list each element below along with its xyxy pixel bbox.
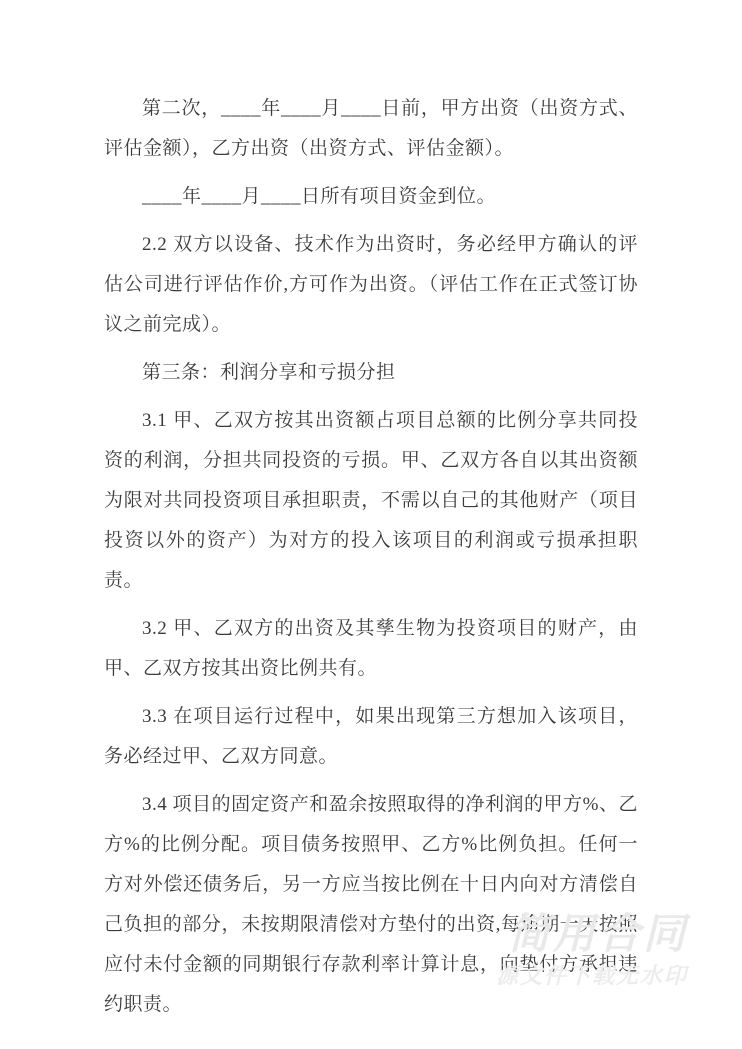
paragraph-second-installment: 第二次，____年____月____日前，甲方出资（出资方式、评估金额），乙方出… [104,89,638,169]
clause-3-3: 3.3 在项目运行过程中，如果出现第三方想加入该项目，务必经过甲、乙双方同意。 [104,697,638,777]
contract-document-page: 第二次，____年____月____日前，甲方出资（出资方式、评估金额），乙方出… [0,0,742,1049]
clause-2-2: 2.2 双方以设备、技术作为出资时，务必经甲方确认的评估公司进行评估作价,方可作… [104,225,638,345]
clause-3-4: 3.4 项目的固定资产和盈余按照取得的净利润的甲方%、乙方%的比例分配。项目债务… [104,785,638,1025]
clause-3-heading: 第三条：利润分享和亏损分担 [104,353,638,393]
paragraph-funds-in-place: ____年____月____日所有项目资金到位。 [104,177,638,217]
clause-3-2: 3.2 甲、乙双方的出资及其孳生物为投资项目的财产，由甲、乙双方按其出资比例共有… [104,609,638,689]
clause-3-1: 3.1 甲、乙双方按其出资额占项目总额的比例分享共同投资的利润，分担共同投资的亏… [104,401,638,601]
contract-body: 第二次，____年____月____日前，甲方出资（出资方式、评估金额），乙方出… [104,89,638,1033]
